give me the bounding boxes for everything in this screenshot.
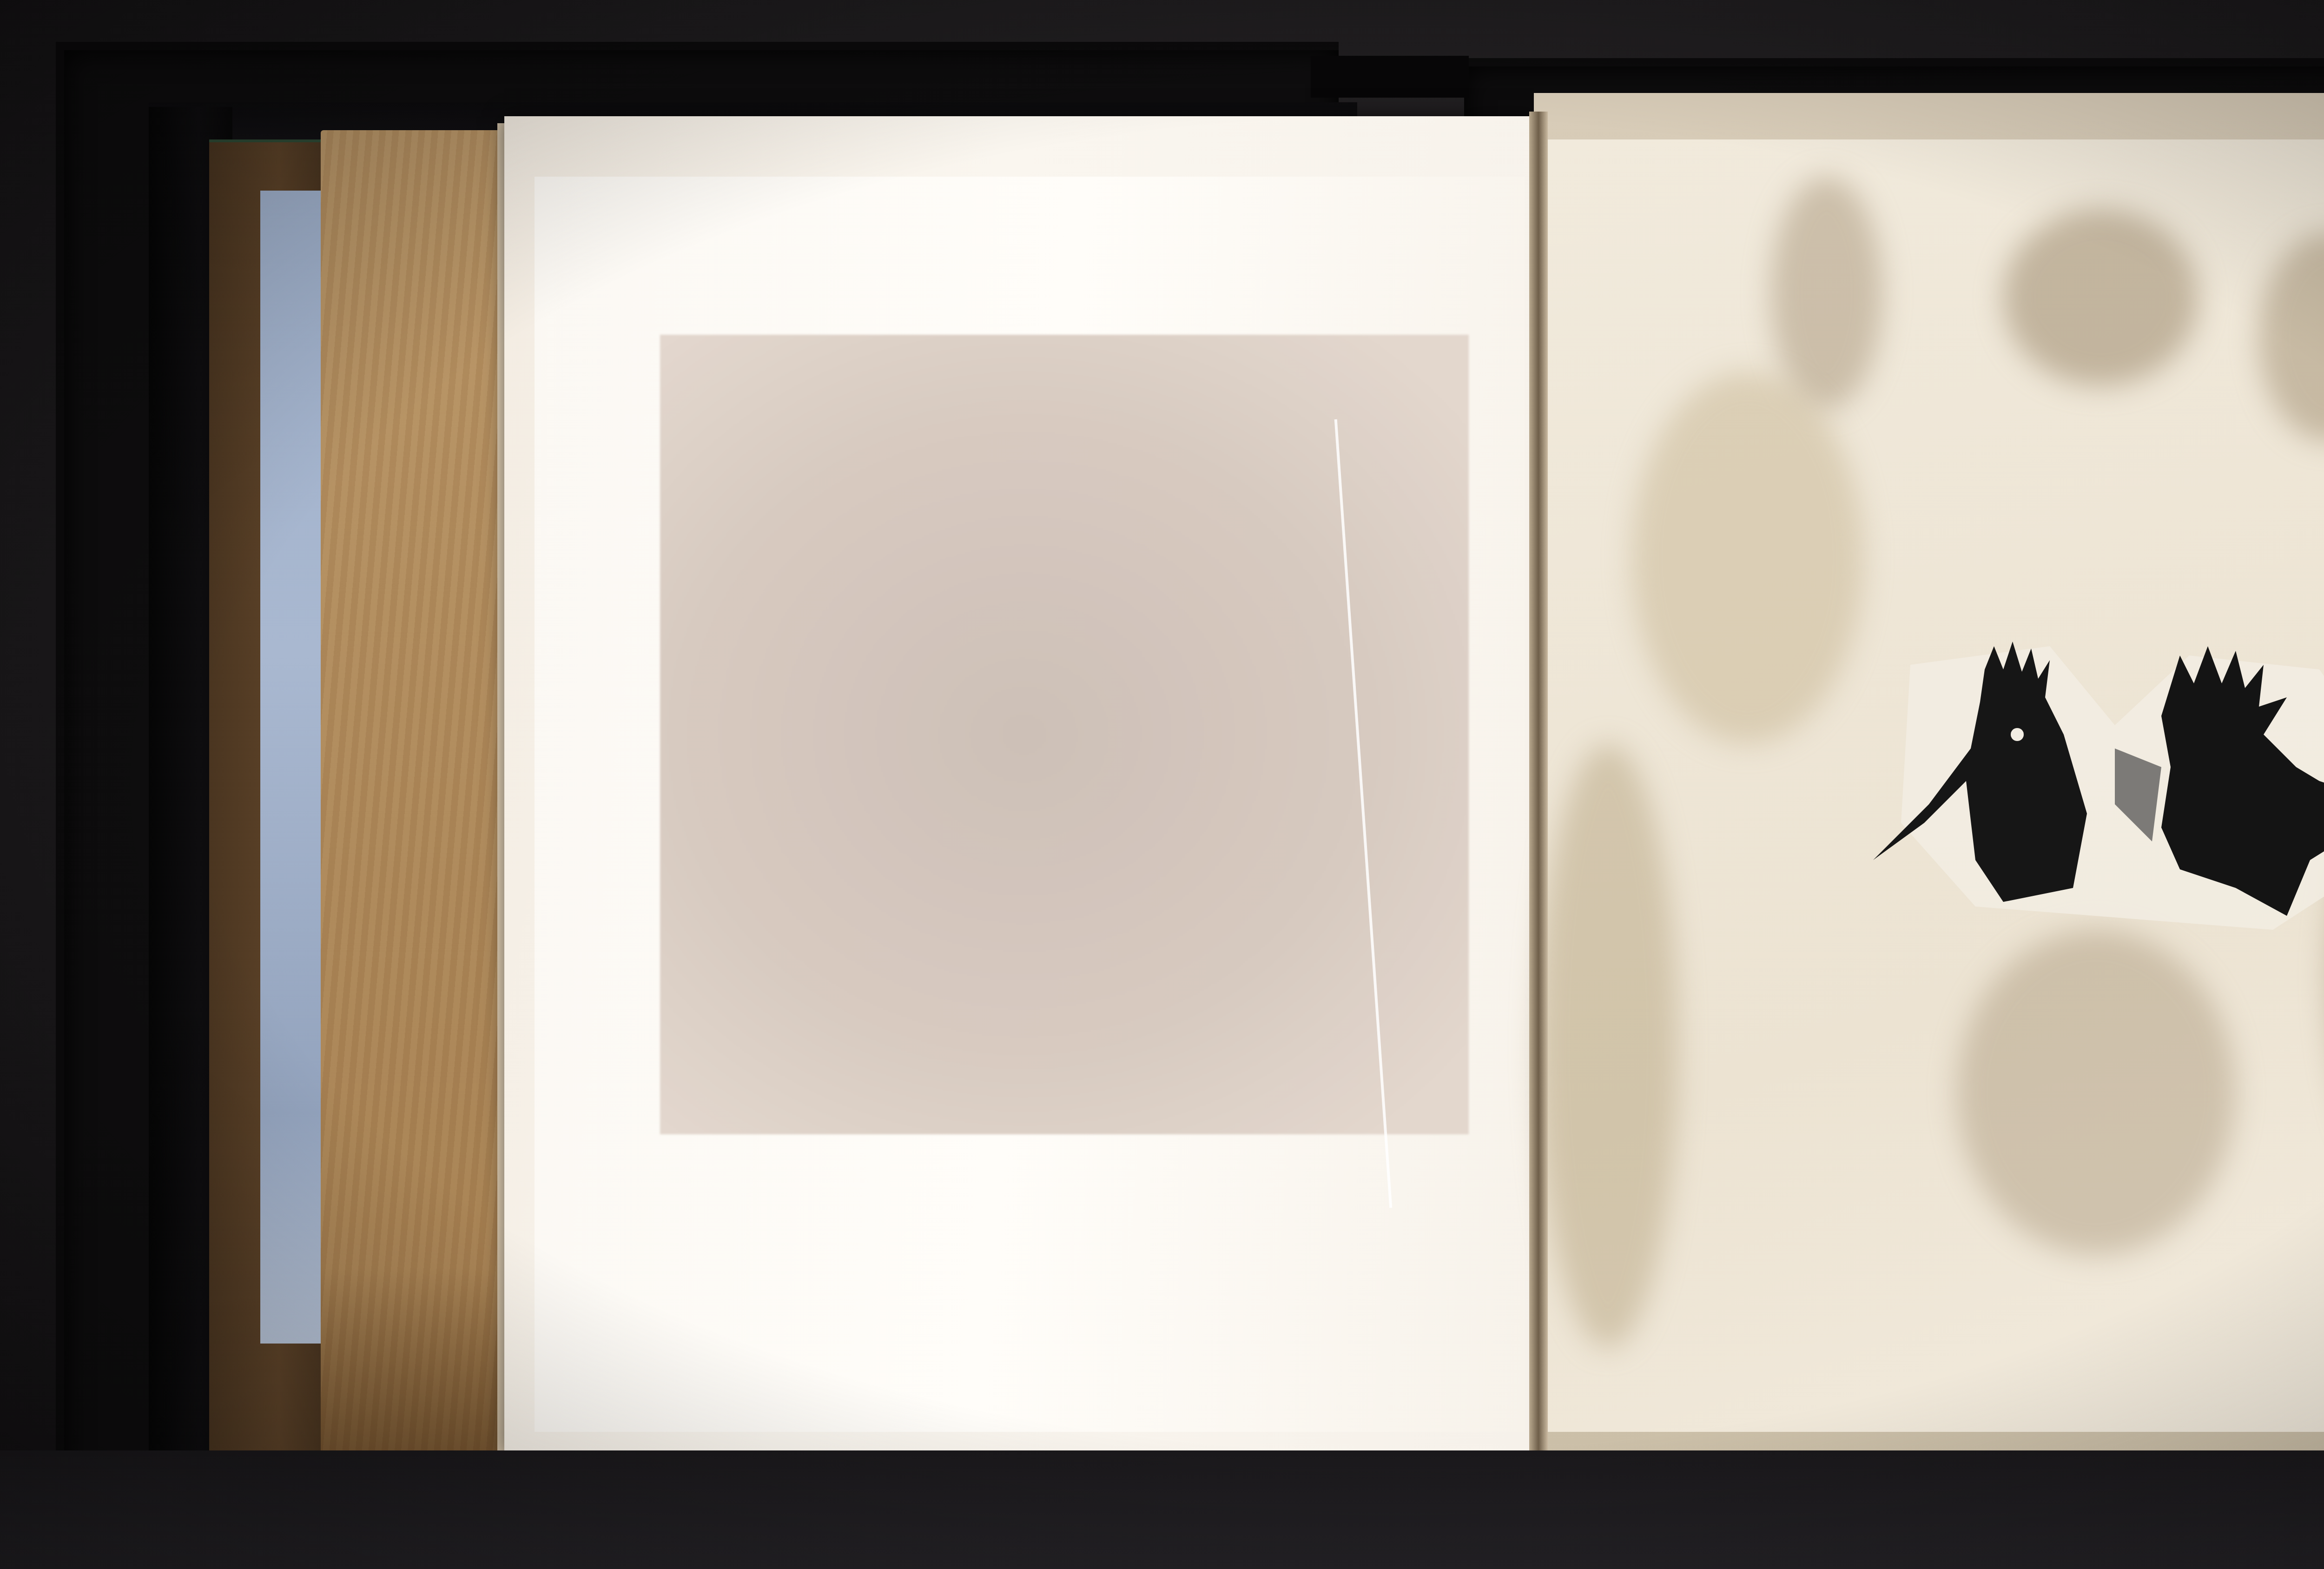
- sepia-stain: [2003, 209, 2199, 386]
- bird-print: [1855, 628, 2324, 930]
- veiled-square-print: [660, 335, 1469, 1134]
- sepia-stain: [1631, 372, 1864, 744]
- box-hinge: [1311, 56, 1469, 98]
- sepia-stain: [2259, 232, 2324, 442]
- sepia-stain: [1771, 177, 1882, 409]
- blue-paper-sheet: [260, 191, 321, 1344]
- box-front-edge: [0, 1450, 2324, 1569]
- sepia-stain: [1957, 930, 2236, 1255]
- tan-handmade-paper: [321, 130, 516, 1469]
- sepia-stain: [1538, 744, 1678, 1348]
- book-gutter: [1529, 112, 1548, 1460]
